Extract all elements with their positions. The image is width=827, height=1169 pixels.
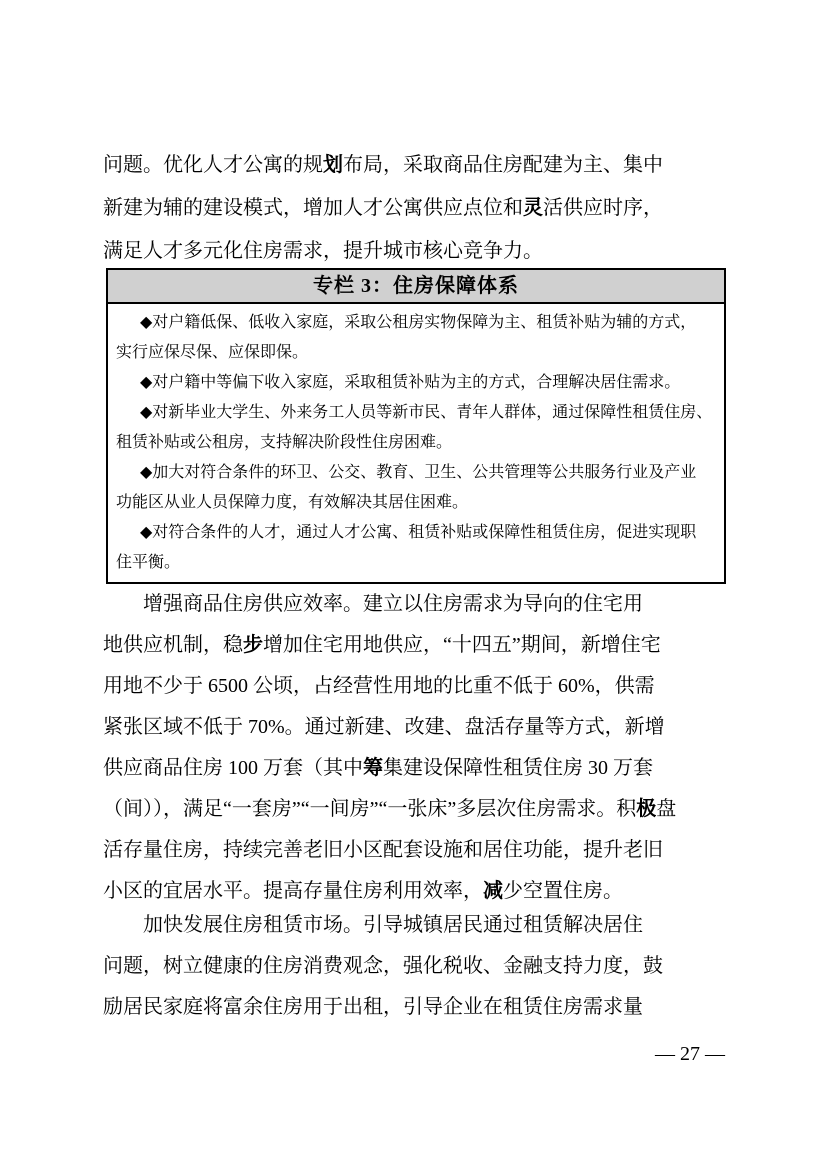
page-number: — 27 —: [655, 1042, 725, 1066]
paragraph-rental-market: 加快发展住房租赁市场。引导城镇居民通过租赁解决居住问题，树立健康的住房消费观念，…: [103, 905, 727, 1028]
text-line: 用地不少于 6500 公顷，占经营性用地的比重不低于 60%，供需: [103, 666, 727, 707]
text-line: ◆加大对符合条件的环卫、公交、教育、卫生、公共管理等公共服务行业及产业: [116, 458, 716, 488]
box-bullet-item: ◆对户籍低保、低收入家庭，采取公租房实物保障为主、租赁补贴为辅的方式，实行应保尽…: [116, 308, 716, 368]
text-line: 地供应机制，稳步增加住宅用地供应，“十四五”期间，新增住宅: [103, 625, 727, 666]
text-line: 增强商品住房供应效率。建立以住房需求为导向的住宅用: [103, 584, 727, 625]
intro-paragraph: 问题。优化人才公寓的规划布局，采取商品住房配建为主、集中新建为辅的建设模式，增加…: [103, 144, 727, 273]
text-line: 活存量住房，持续完善老旧小区配套设施和居住功能，提升老旧: [103, 830, 727, 871]
text-line: 问题。优化人才公寓的规划布局，采取商品住房配建为主、集中: [103, 144, 727, 187]
text-line: 住平衡。: [116, 548, 716, 578]
text-line: 功能区从业人员保障力度，有效解决其居住困难。: [116, 488, 716, 518]
text-line: 新建为辅的建设模式，增加人才公寓供应点位和灵活供应时序，: [103, 187, 727, 230]
column-box-body: ◆对户籍低保、低收入家庭，采取公租房实物保障为主、租赁补贴为辅的方式，实行应保尽…: [108, 304, 724, 582]
box-bullet-item: ◆对户籍中等偏下收入家庭，采取租赁补贴为主的方式，合理解决居住需求。: [116, 368, 716, 398]
text-line: 励居民家庭将富余住房用于出租，引导企业在租赁住房需求量: [103, 987, 727, 1028]
box-bullet-item: ◆对符合条件的人才，通过人才公寓、租赁补贴或保障性租赁住房，促进实现职住平衡。: [116, 518, 716, 578]
text-line: ◆对符合条件的人才，通过人才公寓、租赁补贴或保障性租赁住房，促进实现职: [116, 518, 716, 548]
column-box-title: 专栏 3：住房保障体系: [108, 270, 724, 304]
column-box-housing-security: 专栏 3：住房保障体系 ◆对户籍低保、低收入家庭，采取公租房实物保障为主、租赁补…: [106, 268, 726, 584]
text-line: 实行应保尽保、应保即保。: [116, 338, 716, 368]
text-line: 租赁补贴或公租房，支持解决阶段性住房困难。: [116, 428, 716, 458]
text-line: ◆对户籍中等偏下收入家庭，采取租赁补贴为主的方式，合理解决居住需求。: [116, 368, 716, 398]
text-line: 加快发展住房租赁市场。引导城镇居民通过租赁解决居住: [103, 905, 727, 946]
text-line: ◆对新毕业大学生、外来务工人员等新市民、青年人群体，通过保障性租赁住房、: [116, 398, 716, 428]
text-line: 问题，树立健康的住房消费观念，强化税收、金融支持力度，鼓: [103, 946, 727, 987]
document-page: 问题。优化人才公寓的规划布局，采取商品住房配建为主、集中新建为辅的建设模式，增加…: [0, 0, 827, 1169]
box-bullet-item: ◆对新毕业大学生、外来务工人员等新市民、青年人群体，通过保障性租赁住房、租赁补贴…: [116, 398, 716, 458]
box-bullet-item: ◆加大对符合条件的环卫、公交、教育、卫生、公共管理等公共服务行业及产业功能区从业…: [116, 458, 716, 518]
text-line: 供应商品住房 100 万套（其中筹集建设保障性租赁住房 30 万套: [103, 748, 727, 789]
text-line: 满足人才多元化住房需求，提升城市核心竞争力。: [103, 230, 727, 273]
paragraph-housing-supply: 增强商品住房供应效率。建立以住房需求为导向的住宅用地供应机制，稳步增加住宅用地供…: [103, 584, 727, 912]
text-line: ◆对户籍低保、低收入家庭，采取公租房实物保障为主、租赁补贴为辅的方式，: [116, 308, 716, 338]
text-line: 紧张区域不低于 70%。通过新建、改建、盘活存量等方式，新增: [103, 707, 727, 748]
text-line: （间）），满足“一套房”“一间房”“一张床”多层次住房需求。积极盘: [103, 789, 727, 830]
